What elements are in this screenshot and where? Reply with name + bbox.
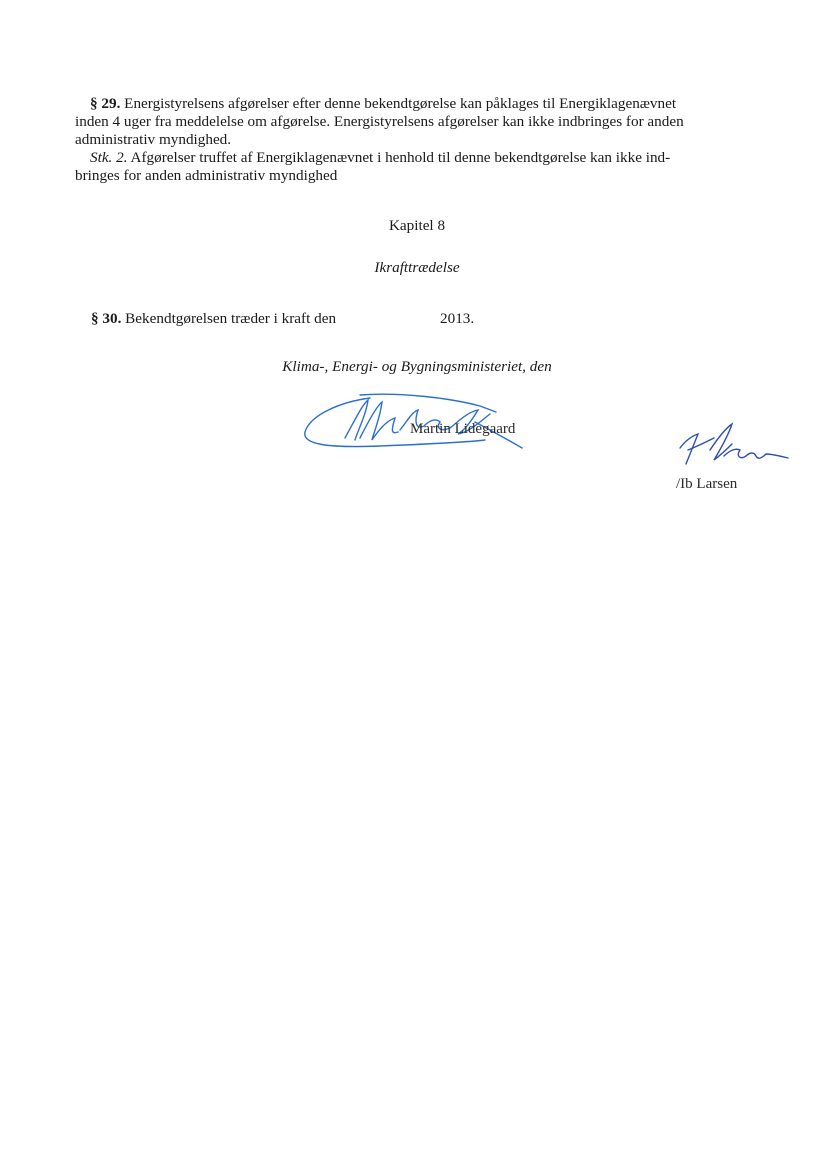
- signature-icon: [670, 420, 800, 480]
- signature-block-minister: Martin Lidegaard: [300, 390, 530, 460]
- chapter-subtitle: Ikrafttrædelse: [3, 259, 828, 277]
- stk2-line-2: bringes for anden administrativ myndighe…: [75, 167, 755, 185]
- stk2-line-1: Stk. 2. Afgørelser truffet af Energiklag…: [75, 149, 755, 167]
- ministry-line: Klima-, Energi- og Bygningsministeriet, …: [3, 358, 828, 376]
- document-page: § 29. Energistyrelsens afgørelser efter …: [0, 0, 828, 1169]
- stk2-label: Stk. 2.: [90, 149, 128, 166]
- signature-name-2: /Ib Larsen: [676, 475, 737, 493]
- section-29-line-3: administrativ myndighed.: [75, 131, 755, 149]
- section-30-number: § 30.: [91, 310, 121, 327]
- section-29-line-2: inden 4 uger fra meddelelse om afgørelse…: [75, 113, 755, 131]
- section-30-year: 2013.: [440, 310, 474, 328]
- section-30: § 30. Bekendtgørelsen træder i kraft den…: [91, 310, 336, 328]
- chapter-title: Kapitel 8: [3, 217, 828, 235]
- section-30-text: Bekendtgørelsen træder i kraft den: [121, 310, 336, 327]
- signature-block-secretary: /Ib Larsen: [670, 420, 800, 495]
- section-29-number: § 29.: [90, 95, 120, 112]
- signature-name-1: Martin Lidegaard: [410, 420, 515, 438]
- section-29: § 29. Energistyrelsens afgørelser efter …: [75, 95, 755, 185]
- section-29-line-1: § 29. Energistyrelsens afgørelser efter …: [75, 95, 755, 113]
